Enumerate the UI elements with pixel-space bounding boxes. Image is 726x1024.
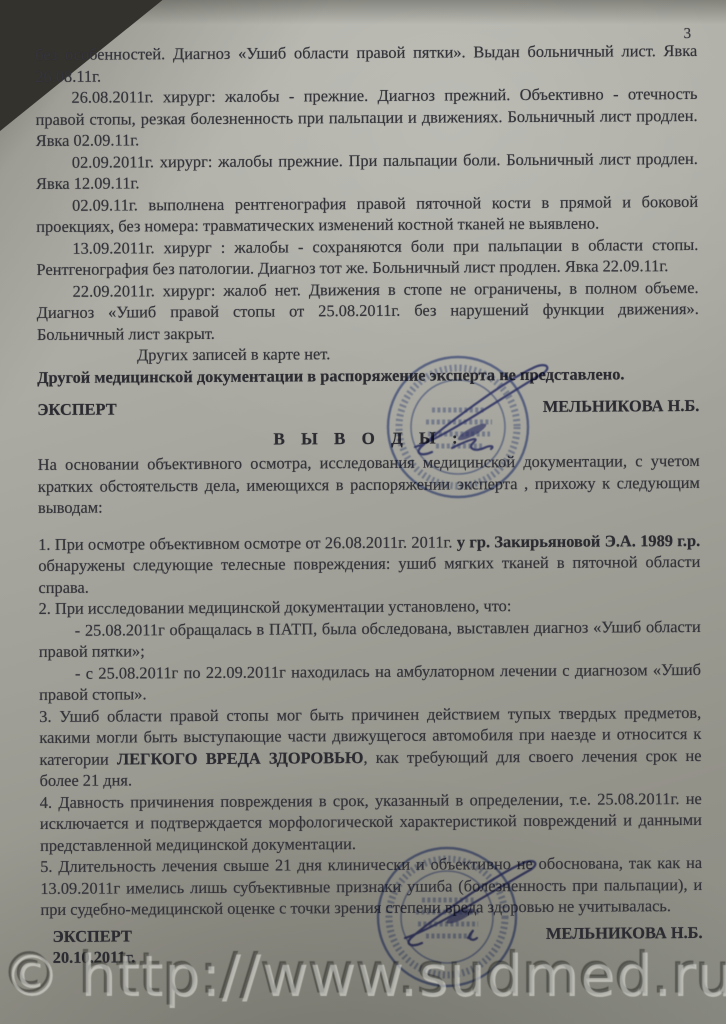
- watermark-text: © http://www.sudmed.ru: [2, 942, 724, 1008]
- paragraph: На основании объективного осмотра, иссле…: [38, 450, 700, 519]
- paragraph: без особенностей. Диагноз «Ушиб области …: [35, 40, 697, 87]
- paragraph: 22.09.2011г. хирург: жалоб нет. Движения…: [37, 276, 699, 345]
- paragraph: - с 25.08.2011г по 22.09.2011г находилас…: [39, 658, 701, 705]
- expert-name: МЕЛЬНИКОВА Н.Б.: [546, 921, 703, 943]
- round-seal-stamp-upper: [384, 348, 564, 518]
- text-segment: - 25.08.2011г обращалась в ПАТП, была об…: [39, 616, 701, 661]
- text-segment: 1. При осмотре объективном осмотре от 26…: [38, 532, 457, 554]
- paragraph: - 25.08.2011г обращалась в ПАТП, была об…: [39, 615, 701, 662]
- paragraph: 5. Длительность лечения свыше 21 дня кли…: [40, 852, 702, 921]
- conclusions-heading: В Ы В О Д Ы :: [37, 425, 699, 451]
- paragraph: Другой медицинской документации в распор…: [37, 362, 699, 388]
- document-content: 3 без особенностей. Диагноз «Ушиб област…: [0, 0, 726, 1024]
- conclusions-intro: На основании объективного осмотра, иссле…: [38, 450, 700, 519]
- expert-signature-row-1: ЭКСПЕРТ МЕЛЬНИКОВА Н.Б.: [37, 395, 699, 421]
- text-segment: 22.09.2011г. хирург: жалоб нет. Движения…: [37, 277, 699, 343]
- text-segment: 26.08.2011г. хирург: жалобы - прежние. Д…: [36, 84, 698, 150]
- text-segment: 02.09.2011г. хирург: жалобы прежние. При…: [36, 148, 698, 193]
- text-segment: 2. При исследовании медицинской документ…: [39, 596, 512, 618]
- medical-record-section: без особенностей. Диагноз «Ушиб области …: [35, 40, 699, 388]
- paragraph: 02.09.11г. выполнена рентгенография прав…: [36, 190, 698, 237]
- paragraph: 4. Давность причинения повреждения в сро…: [40, 787, 702, 856]
- text-segment: - с 25.08.2011г по 22.09.2011г находилас…: [39, 659, 701, 704]
- paragraph: 26.08.2011г. хирург: жалобы - прежние. Д…: [35, 83, 697, 152]
- paragraph: 13.09.2011г. хирург : жалобы - сохраняют…: [36, 233, 698, 280]
- text-segment: обнаружены следующие телесные повреждени…: [38, 552, 700, 597]
- text-segment: 5. Длительность лечения свыше 21 дня кли…: [40, 853, 702, 919]
- paragraph: 3. Ушиб области правой стопы мог быть пр…: [39, 701, 702, 791]
- text-segment: у гр. Закирьяновой Э.А. 1989 г.р.: [457, 530, 700, 550]
- paragraph: 1. При осмотре объективном осмотре от 26…: [38, 529, 700, 598]
- page-number: 3: [684, 24, 692, 46]
- text-segment: 13.09.2011г. хирург : жалобы - сохраняют…: [36, 234, 698, 279]
- paragraph: 02.09.2011г. хирург: жалобы прежние. При…: [36, 147, 698, 194]
- text-segment: ЛЕГКОГО ВРЕДА ЗДОРОВЬЮ: [117, 748, 364, 769]
- expert-name: МЕЛЬНИКОВА Н.Б.: [543, 395, 700, 417]
- text-segment: 02.09.11г. выполнена рентгенография прав…: [36, 191, 698, 236]
- text-segment: На основании объективного осмотра, иссле…: [38, 451, 700, 517]
- text-segment: 4. Давность причинения повреждения в сро…: [40, 788, 702, 854]
- photo-background: 3 без особенностей. Диагноз «Ушиб област…: [0, 0, 726, 1024]
- text-segment: без особенностей. Диагноз «Ушиб области …: [35, 41, 697, 86]
- text-segment: Других записей в карте нет.: [137, 344, 330, 364]
- conclusions-list: 1. При осмотре объективном осмотре от 26…: [38, 529, 702, 920]
- expert-label: ЭКСПЕРТ: [37, 399, 116, 421]
